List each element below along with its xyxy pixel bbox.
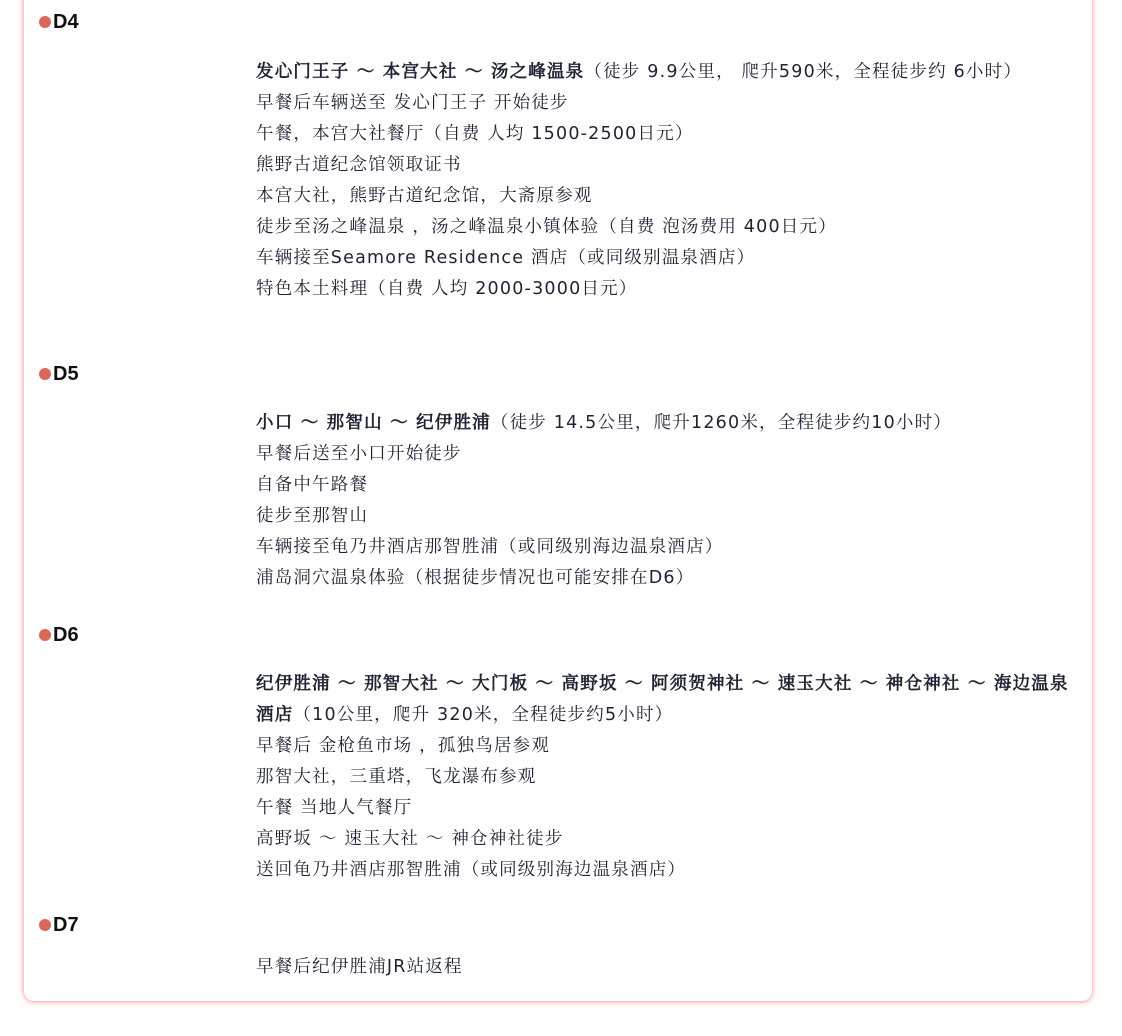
bullet-dot-icon: [39, 16, 51, 28]
route-note: （徒步 14.5公里，爬升1260米，全程徒步约10小时）: [491, 413, 952, 433]
list-item: 本宫大社，熊野古道纪念馆，大斋原参观: [256, 181, 1082, 212]
day-label: D5: [53, 363, 79, 386]
day-section-d6: D6: [39, 623, 79, 647]
list-item: 那智大社，三重塔，飞龙瀑布参观: [256, 762, 1082, 793]
day-section-d5: D5: [39, 362, 79, 386]
route-title: 发心门王子 ～ 本宫大社 ～ 汤之峰温泉: [256, 62, 584, 82]
route-line: 小口 ～ 那智山 ～ 纪伊胜浦（徒步 14.5公里，爬升1260米，全程徒步约1…: [256, 408, 1082, 439]
list-item: 熊野古道纪念馆领取证书: [256, 150, 1082, 181]
list-item: 早餐后纪伊胜浦JR站返程: [256, 952, 1082, 983]
day-header: D6: [39, 623, 79, 647]
list-item: 高野坂 ～ 速玉大社 ～ 神仓神社徒步: [256, 824, 1082, 855]
day-section-d7: D7: [39, 913, 79, 937]
day-header: D4: [39, 10, 79, 34]
day-label: D4: [53, 11, 79, 34]
day-items-d7: 早餐后纪伊胜浦JR站返程: [256, 952, 1082, 983]
bullet-dot-icon: [39, 368, 51, 380]
list-item: 午餐，本宫大社餐厅（自费 人均 1500-2500日元）: [256, 119, 1082, 150]
list-item: 徒步至汤之峰温泉 ，汤之峰温泉小镇体验（自费 泡汤费用 400日元）: [256, 212, 1082, 243]
list-item: 徒步至那智山: [256, 501, 1082, 532]
list-item: 车辆接至Seamore Residence 酒店（或同级别温泉酒店）: [256, 243, 1082, 274]
list-item: 早餐后 金枪鱼市场 ，孤独鸟居参观: [256, 731, 1082, 762]
list-item: 送回龟乃井酒店那智胜浦（或同级别海边温泉酒店）: [256, 855, 1082, 886]
route-note: （徒步 9.9公里， 爬升590米，全程徒步约 6小时）: [584, 62, 1022, 82]
day-items-d4: 发心门王子 ～ 本宫大社 ～ 汤之峰温泉（徒步 9.9公里， 爬升590米，全程…: [256, 57, 1082, 305]
route-title: 小口 ～ 那智山 ～ 纪伊胜浦: [256, 413, 491, 433]
day-items-d6: 纪伊胜浦 ～ 那智大社 ～ 大门板 ～ 高野坂 ～ 阿须贺神社 ～ 速玉大社 ～…: [256, 669, 1082, 886]
day-items-d5: 小口 ～ 那智山 ～ 纪伊胜浦（徒步 14.5公里，爬升1260米，全程徒步约1…: [256, 408, 1082, 594]
day-label: D6: [53, 624, 79, 647]
list-item: 车辆接至龟乃井酒店那智胜浦（或同级别海边温泉酒店）: [256, 532, 1082, 563]
day-section-d4: D4: [39, 10, 79, 34]
day-header: D7: [39, 913, 79, 937]
route-note: （10公里，爬升 320米，全程徒步约5小时）: [293, 705, 673, 725]
list-item: 自备中午路餐: [256, 470, 1082, 501]
list-item: 浦岛洞穴温泉体验（根据徒步情况也可能安排在D6）: [256, 563, 1082, 594]
bullet-dot-icon: [39, 919, 51, 931]
route-line: 发心门王子 ～ 本宫大社 ～ 汤之峰温泉（徒步 9.9公里， 爬升590米，全程…: [256, 57, 1082, 88]
bullet-dot-icon: [39, 629, 51, 641]
day-label: D7: [53, 914, 79, 937]
day-header: D5: [39, 362, 79, 386]
list-item: 早餐后送至小口开始徒步: [256, 439, 1082, 470]
list-item: 早餐后车辆送至 发心门王子 开始徒步: [256, 88, 1082, 119]
list-item: 午餐 当地人气餐厅: [256, 793, 1082, 824]
route-line: 纪伊胜浦 ～ 那智大社 ～ 大门板 ～ 高野坂 ～ 阿须贺神社 ～ 速玉大社 ～…: [256, 669, 1082, 731]
list-item: 特色本土料理（自费 人均 2000-3000日元）: [256, 274, 1082, 305]
